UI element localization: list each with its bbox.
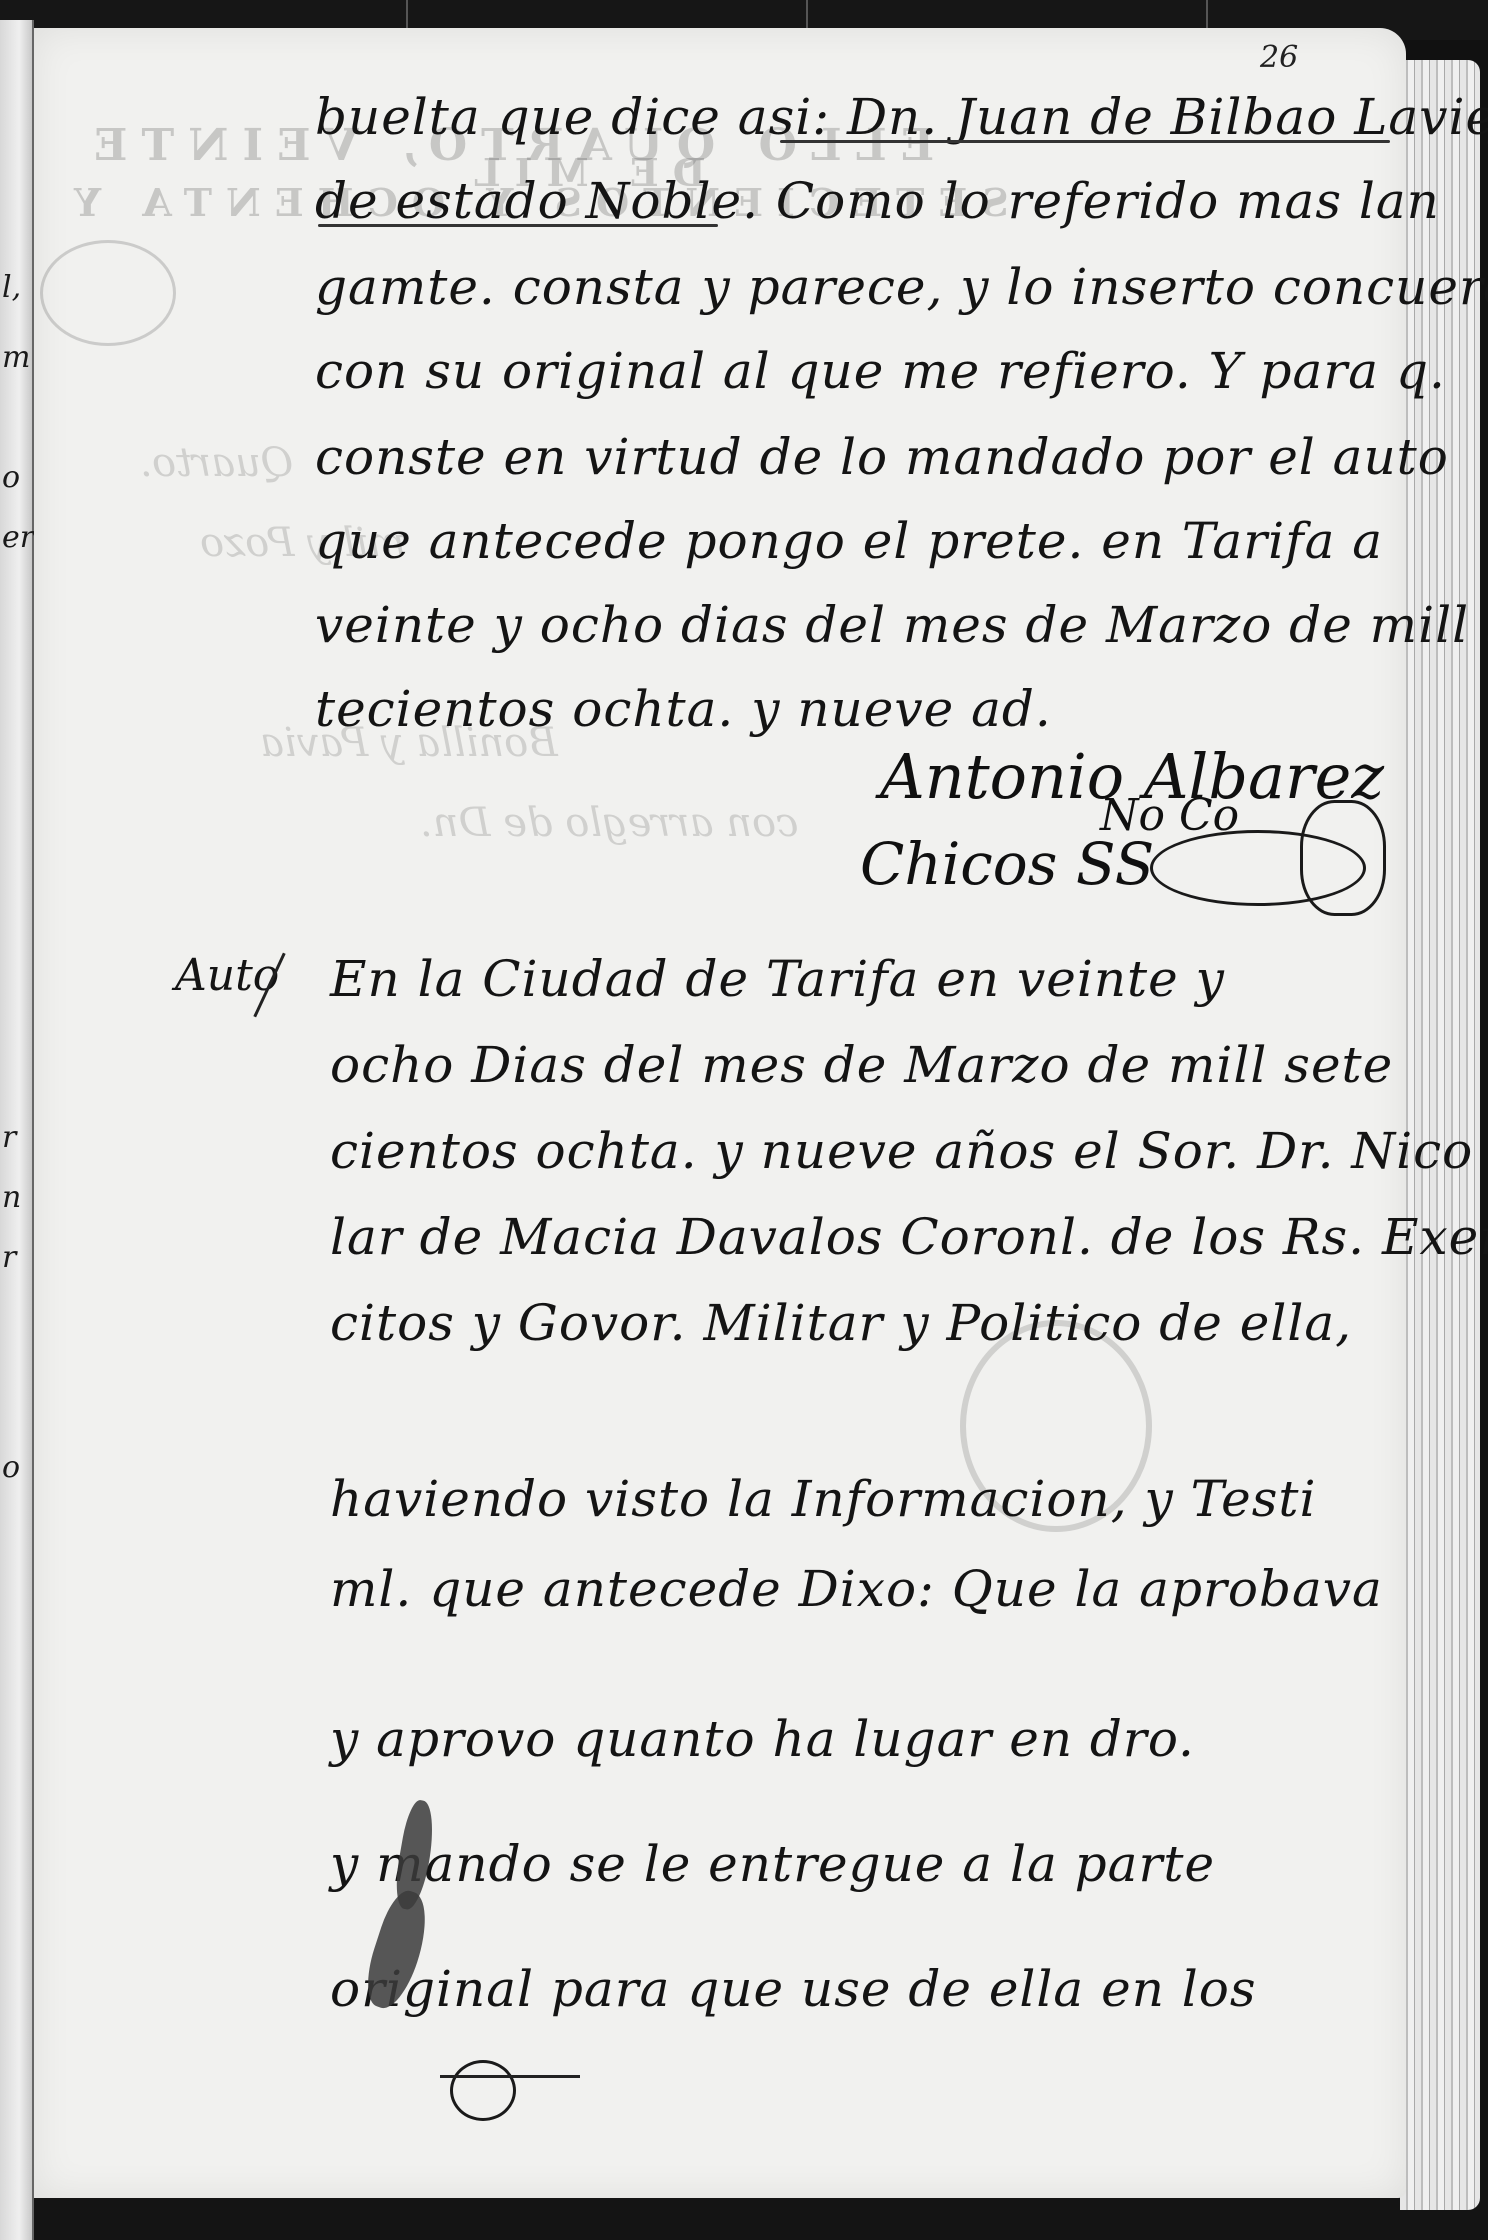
- text-line: y mando se le entregue a la parte: [330, 1835, 1215, 1893]
- text-line: de estado Noble. Como lo referido mas la…: [315, 172, 1440, 230]
- left-page-fragment: o: [2, 1450, 20, 1485]
- left-page-fragment: o: [2, 460, 20, 495]
- text-line: ml. que antecede Dixo: Que la aprobava: [330, 1560, 1383, 1618]
- closing-rubric-icon: [450, 2060, 516, 2121]
- left-page-fragment: l,: [2, 270, 21, 305]
- text-line: En la Ciudad de Tarifa en veinte y: [330, 950, 1225, 1008]
- text-line: gamte. consta y parece, y lo inserto con…: [315, 258, 1488, 316]
- left-page-fragment: r: [2, 1240, 16, 1275]
- left-page-fragment: er: [2, 520, 34, 555]
- text-line: buelta que dice asi: Dn. Juan de Bilbao …: [315, 88, 1488, 146]
- folio-number: 26: [1260, 40, 1298, 75]
- text-line: lar de Macia Davalos Coronl. de los Rs. …: [330, 1208, 1488, 1266]
- text-line: citos y Govor. Militar y Politico de ell…: [330, 1294, 1352, 1352]
- text-line: cientos ochta. y nueve años el Sor. Dr. …: [330, 1122, 1473, 1180]
- text-line: tecientos ochta. y nueve ad.: [315, 680, 1052, 738]
- left-page-fragment: r: [2, 1120, 16, 1155]
- text-line: ocho Dias del mes de Marzo de mill sete: [330, 1036, 1393, 1094]
- text-line: con su original al que me refiero. Y par…: [315, 342, 1446, 400]
- bleed-through-script: con arreglo de Dn.: [420, 800, 798, 846]
- text-line: conste en virtud de lo mandado por el au…: [315, 428, 1449, 486]
- closing-rubric-stroke: [440, 2075, 580, 2078]
- bleed-through-script: Quarto.: [140, 440, 294, 486]
- left-page-fragment: m: [2, 340, 30, 375]
- text-line: haviendo visto la Informacion, y Testi: [330, 1470, 1316, 1528]
- adjacent-left-page: l, m o er r n r o: [0, 20, 34, 2240]
- text-line: original para que use de ella en los: [330, 1960, 1257, 2018]
- bleed-through-flourish: [40, 240, 176, 346]
- underline: [780, 140, 1390, 143]
- signature-flourish-icon: [1300, 800, 1386, 916]
- underline: [318, 224, 718, 227]
- text-line: que antecede pongo el prete. en Tarifa a: [315, 512, 1383, 570]
- left-page-fragment: n: [2, 1180, 21, 1215]
- text-line: y aprovo quanto ha lugar en dro.: [330, 1710, 1195, 1768]
- text-line: veinte y ocho dias del mes de Marzo de m…: [315, 596, 1488, 654]
